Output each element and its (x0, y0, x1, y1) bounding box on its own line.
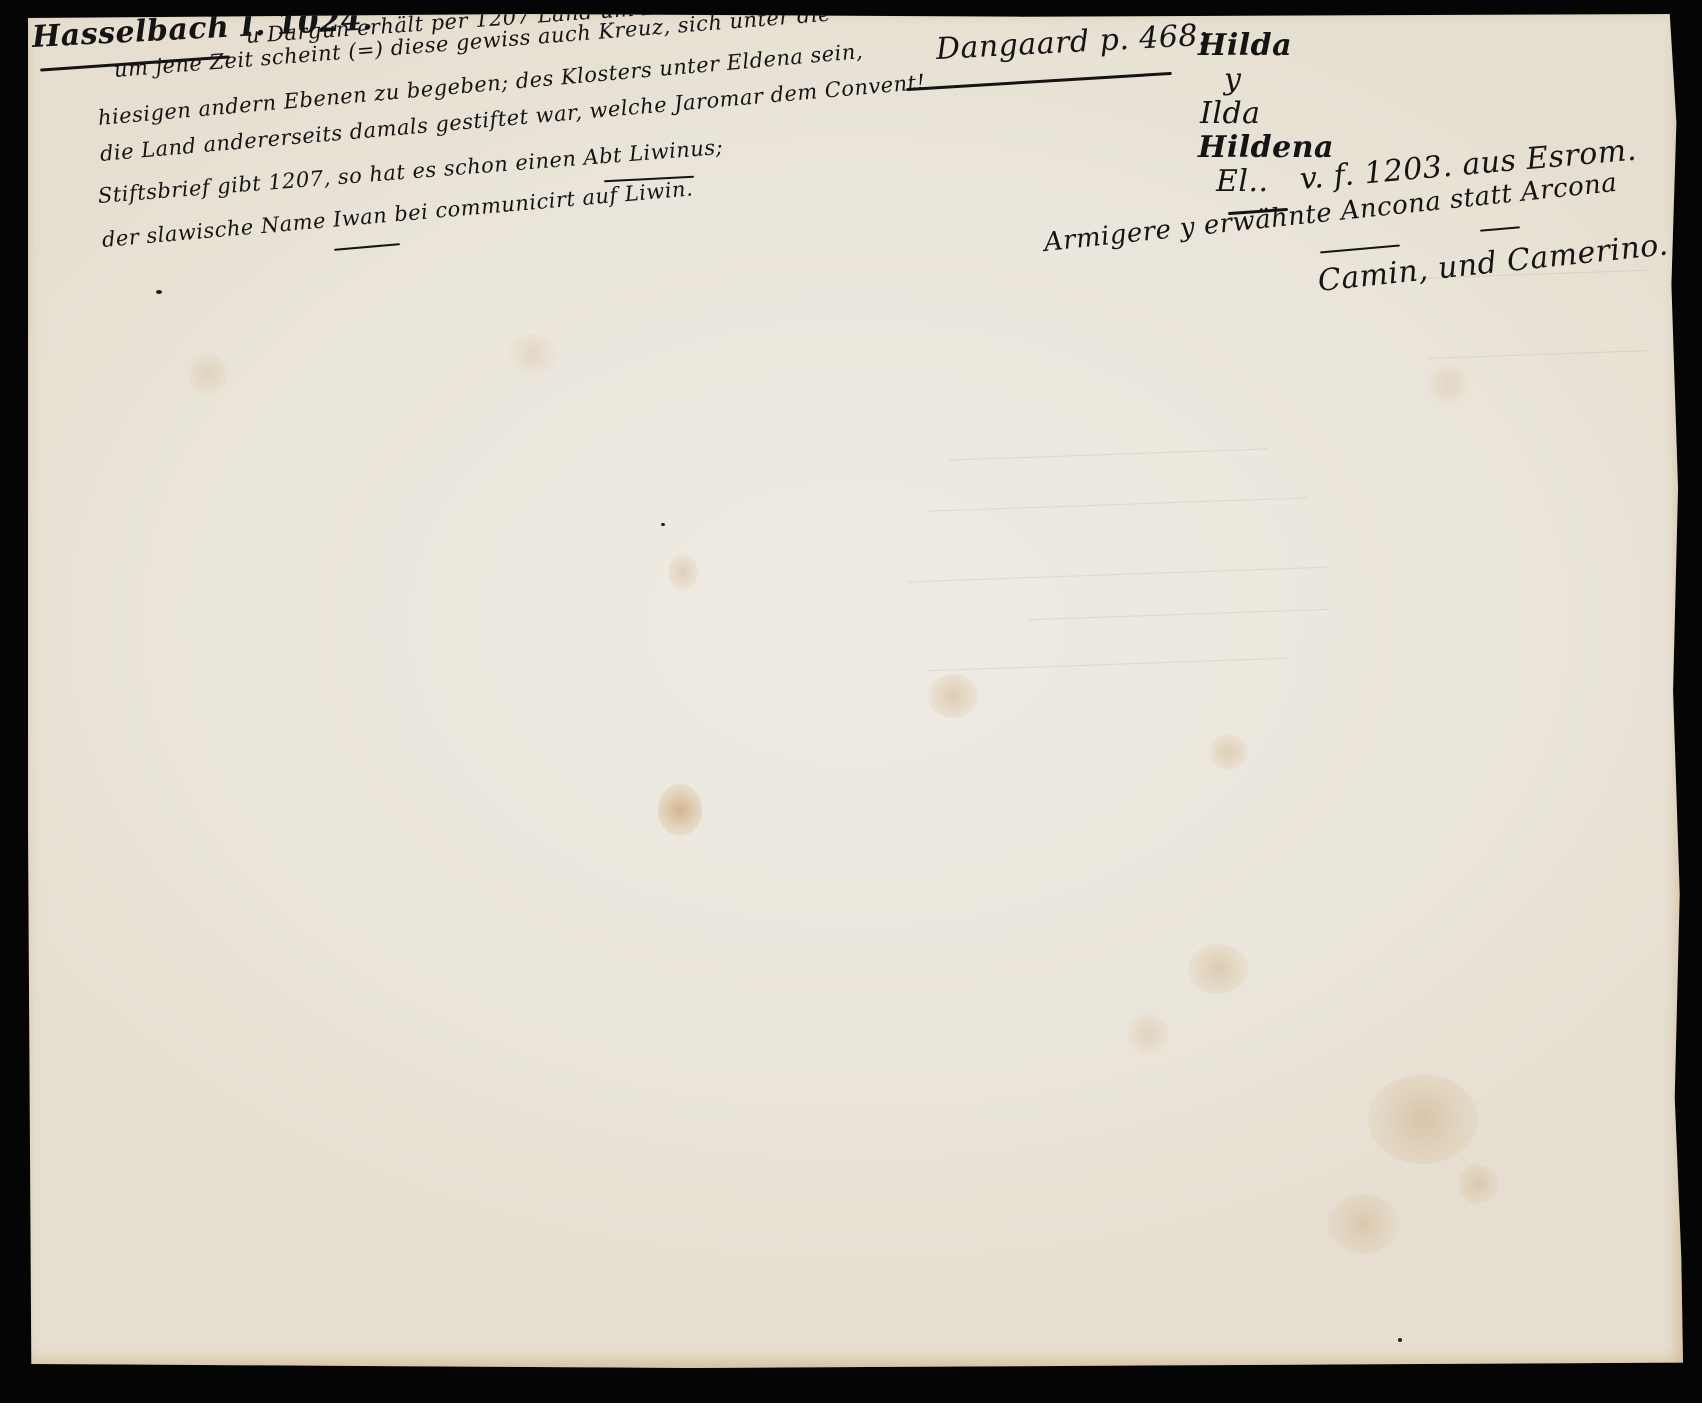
ink-speck (661, 523, 665, 526)
manuscript-page: Hasselbach I. 1024. u Dargun erhält per … (28, 14, 1683, 1368)
name-variant-ilda: Ilda (1200, 96, 1261, 131)
show-through-line (908, 567, 1328, 583)
underline-ancona (1320, 245, 1400, 254)
ink-speck (156, 290, 162, 294)
foxing-stain (1188, 944, 1248, 994)
foxing-stain (1128, 1014, 1168, 1054)
foxing-stain (188, 354, 228, 394)
show-through-line (928, 497, 1308, 511)
foxing-stain (1328, 1194, 1398, 1254)
ink-speck (1398, 1338, 1402, 1342)
name-variant-el: El.. (1216, 164, 1269, 199)
right-note-heading: Dangaard p. 468: (935, 18, 1209, 67)
name-variant-connector: y (1224, 62, 1241, 97)
foxing-stain (668, 554, 698, 590)
show-through-line (1428, 350, 1648, 359)
underline-iwan (334, 243, 400, 251)
show-through-line (928, 658, 1288, 672)
foxing-stain (1458, 1164, 1498, 1204)
foxing-stain (658, 784, 702, 836)
foxing-stain (508, 334, 558, 374)
right-note-line-3: Camin, und Camerino. (1316, 227, 1670, 299)
name-variant-hilda: Hilda (1198, 28, 1292, 63)
show-through-line (1028, 609, 1328, 620)
foxing-stain (1428, 364, 1468, 404)
foxing-stain (1208, 734, 1248, 770)
bottom-margin-strip (0, 1403, 1702, 1417)
foxing-stain (928, 674, 978, 718)
foxing-stain (1368, 1074, 1478, 1164)
show-through-line (948, 448, 1268, 460)
right-heading-underline (906, 72, 1172, 91)
underline-ar (1480, 226, 1520, 231)
